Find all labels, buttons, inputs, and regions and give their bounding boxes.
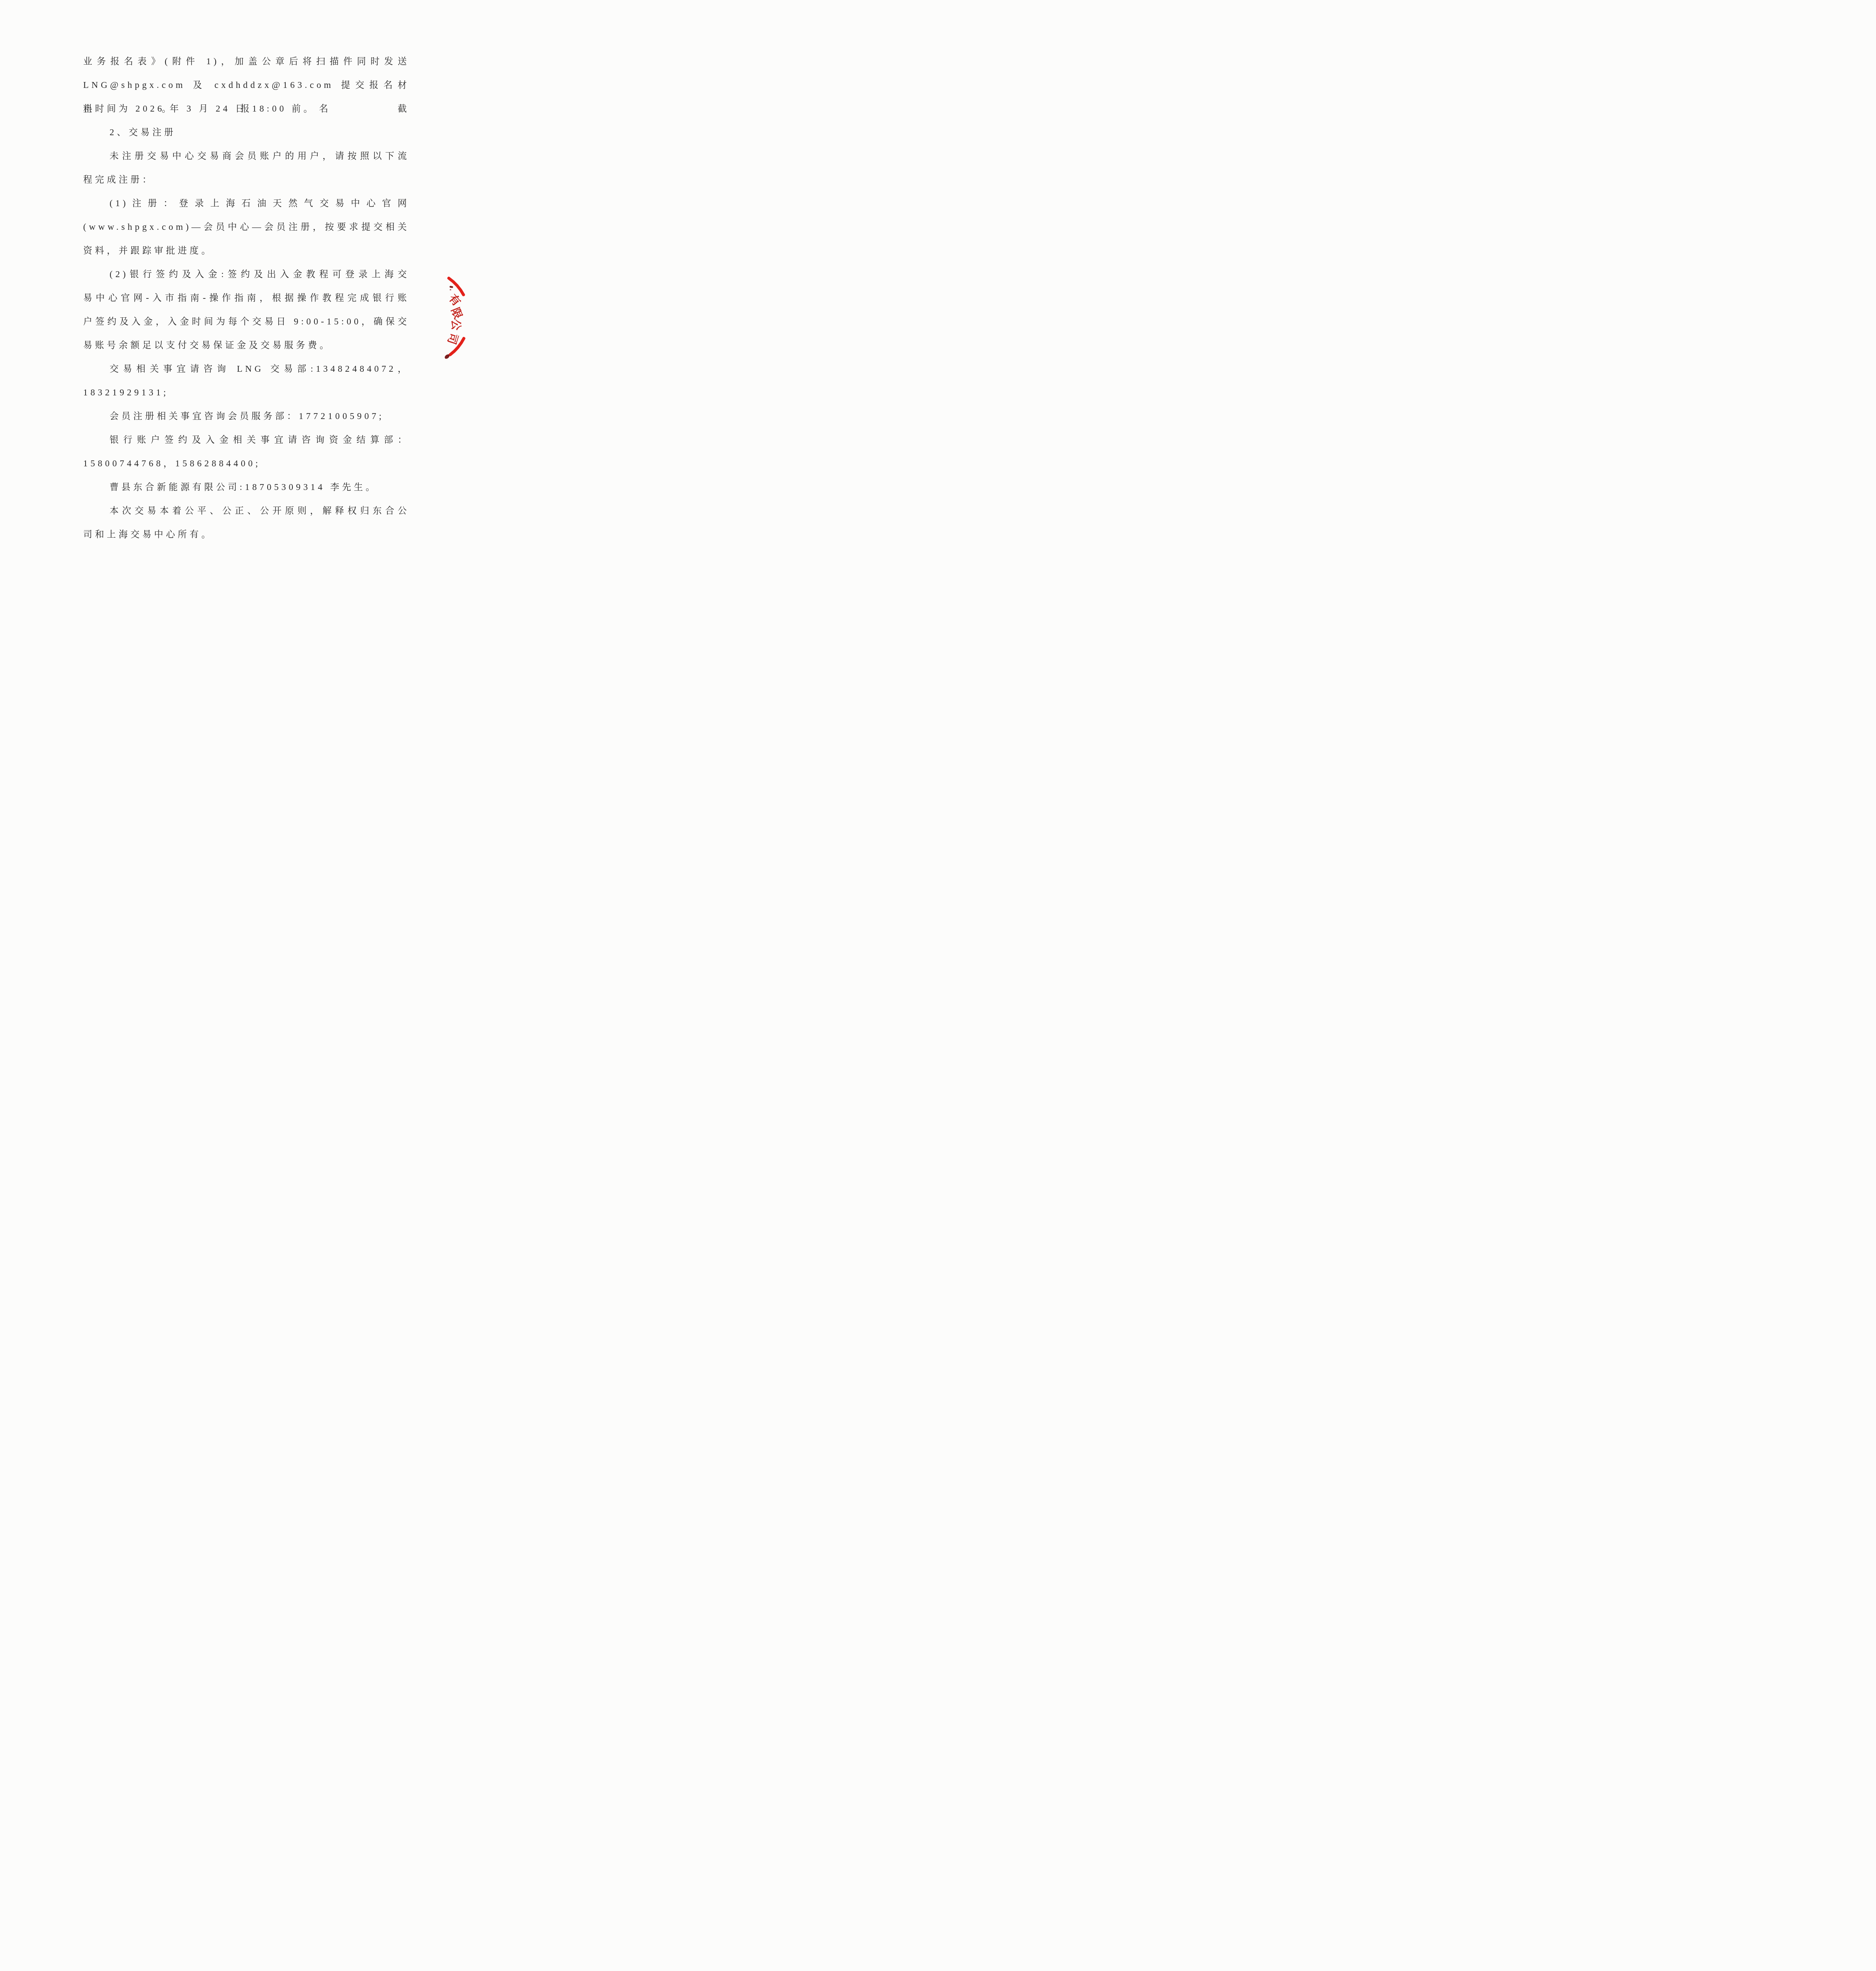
seal-border-bottom-arc [450,339,464,355]
text-line: 易中心官网-入市指南-操作指南，根据操作教程完成银行账 [83,286,409,310]
text-line: (2)银行签约及入金:签约及出入金教程可登录上海交 [83,263,409,286]
seal-character: 限 [449,306,464,321]
text-line: 15800744768，15862884400; [83,452,409,475]
text-line: 本次交易本着公平、公正、公开原则，解释权归东合公 [83,499,409,523]
document-body: 业务报名表》(附件 1)，加盖公章后将扫描件同时发送 LNG@shpgx.com… [83,50,409,546]
text-line: (1)注册：登录上海石油天然气交易中心官网 [83,192,409,215]
text-line: 司和上海交易中心所有。 [83,523,409,546]
document-page: 业务报名表》(附件 1)，加盖公章后将扫描件同时发送 LNG@shpgx.com… [0,0,469,664]
text-line: 易账号余额足以支付交易保证金及交易服务费。 [83,333,409,357]
text-line: (www.shpgx.com)—会员中心—会员注册，按要求提交相关 [83,215,409,239]
company-seal-stamp: 有 限 公 司 [426,266,469,365]
text-line: 业务报名表》(附件 1)，加盖公章后将扫描件同时发送 [83,50,409,73]
text-line: 程完成注册： [83,168,409,192]
text-line: 户签约及入金，入金时间为每个交易日 9:00-15:00，确保交 [83,310,409,333]
text-line: 会员注册相关事宜咨询会员服务部：17721005907; [83,404,409,428]
text-line: 资料，并跟踪审批进度。 [83,239,409,263]
seal-character: 司 [445,332,460,346]
text-line: LNG@shpgx.com 及 cxdhddzx@163.com 提交报名材料。… [83,73,409,97]
text-line: 曹县东合新能源有限公司:18705309314 李先生。 [83,475,409,499]
text-line-section-heading: 2、交易注册 [83,121,409,144]
seal-ink-speck [449,286,453,288]
text-line: 18321929131; [83,381,409,404]
seal-character: 有 [446,292,463,309]
text-line: 银行账户签约及入金相关事宜请咨询资金结算部： [83,428,409,452]
seal-ink-speck [450,289,451,291]
seal-ink-blob [444,354,450,360]
text-line: 交易相关事宜请咨询 LNG 交易部:13482484072， [83,357,409,381]
seal-border-top-arc [449,278,463,295]
text-line: 未注册交易中心交易商会员账户的用户，请按照以下流 [83,144,409,168]
seal-character: 公 [449,319,462,330]
